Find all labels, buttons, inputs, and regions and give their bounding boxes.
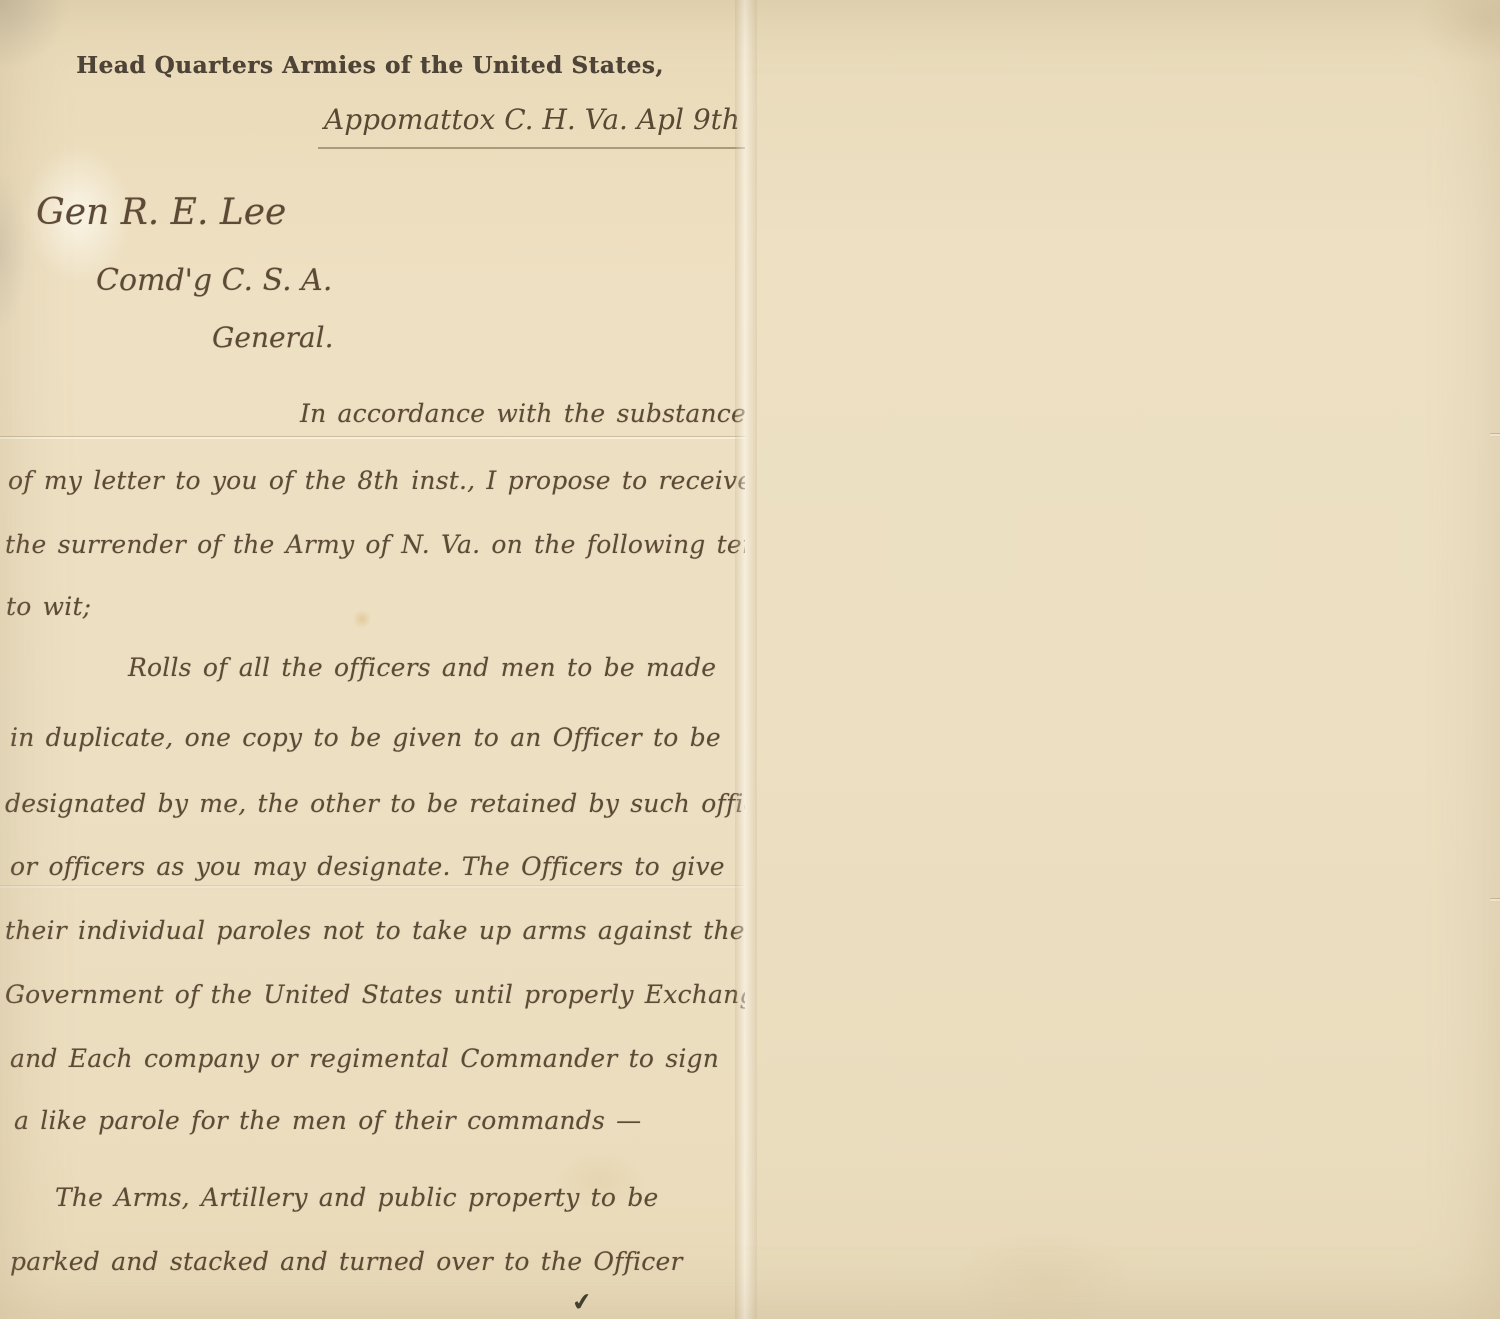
recipient-line: Comd'g C. S. A. bbox=[96, 263, 332, 298]
recipient-line: Gen R. E. Lee bbox=[36, 192, 286, 233]
body-line: Government of the United States until pr… bbox=[5, 980, 795, 1009]
ink-blot: ✔ bbox=[570, 1287, 594, 1318]
body-line: in duplicate, one copy to be given to an… bbox=[10, 723, 721, 752]
body-line: Rolls of all the officers and men to be … bbox=[128, 653, 716, 682]
body-line: their individual paroles not to take up … bbox=[5, 916, 745, 945]
fold-crease bbox=[1490, 899, 1500, 901]
body-line: of my letter to you of the 8th inst., I … bbox=[8, 466, 752, 495]
letter-scan: Head Quarters Armies of the United State… bbox=[0, 0, 1500, 1319]
page-2: appointed by me to receive them. This wi… bbox=[745, 0, 1500, 1319]
fold-crease bbox=[0, 886, 745, 888]
body-line: In accordance with the substance bbox=[300, 399, 746, 428]
body-line: The Arms, Artillery and public property … bbox=[55, 1183, 659, 1212]
page-1: Head Quarters Armies of the United State… bbox=[0, 0, 745, 1319]
letterhead-text: Head Quarters Armies of the United State… bbox=[60, 52, 680, 79]
body-line: and Each company or regimental Commander… bbox=[10, 1044, 719, 1073]
fold-crease bbox=[1490, 434, 1500, 436]
body-line: a like parole for the men of their comma… bbox=[14, 1106, 641, 1135]
body-line: to wit; bbox=[6, 592, 91, 621]
body-line: the surrender of the Army of N. Va. on t… bbox=[5, 530, 799, 559]
fold-crease bbox=[0, 437, 745, 439]
body-line: designated by me, the other to be retain… bbox=[5, 789, 785, 818]
body-line: parked and stacked and turned over to th… bbox=[10, 1247, 683, 1276]
page-seam bbox=[735, 0, 757, 1319]
stain bbox=[352, 610, 372, 628]
salutation-line: General. bbox=[212, 321, 333, 354]
body-line: or officers as you may designate. The Of… bbox=[10, 852, 725, 881]
